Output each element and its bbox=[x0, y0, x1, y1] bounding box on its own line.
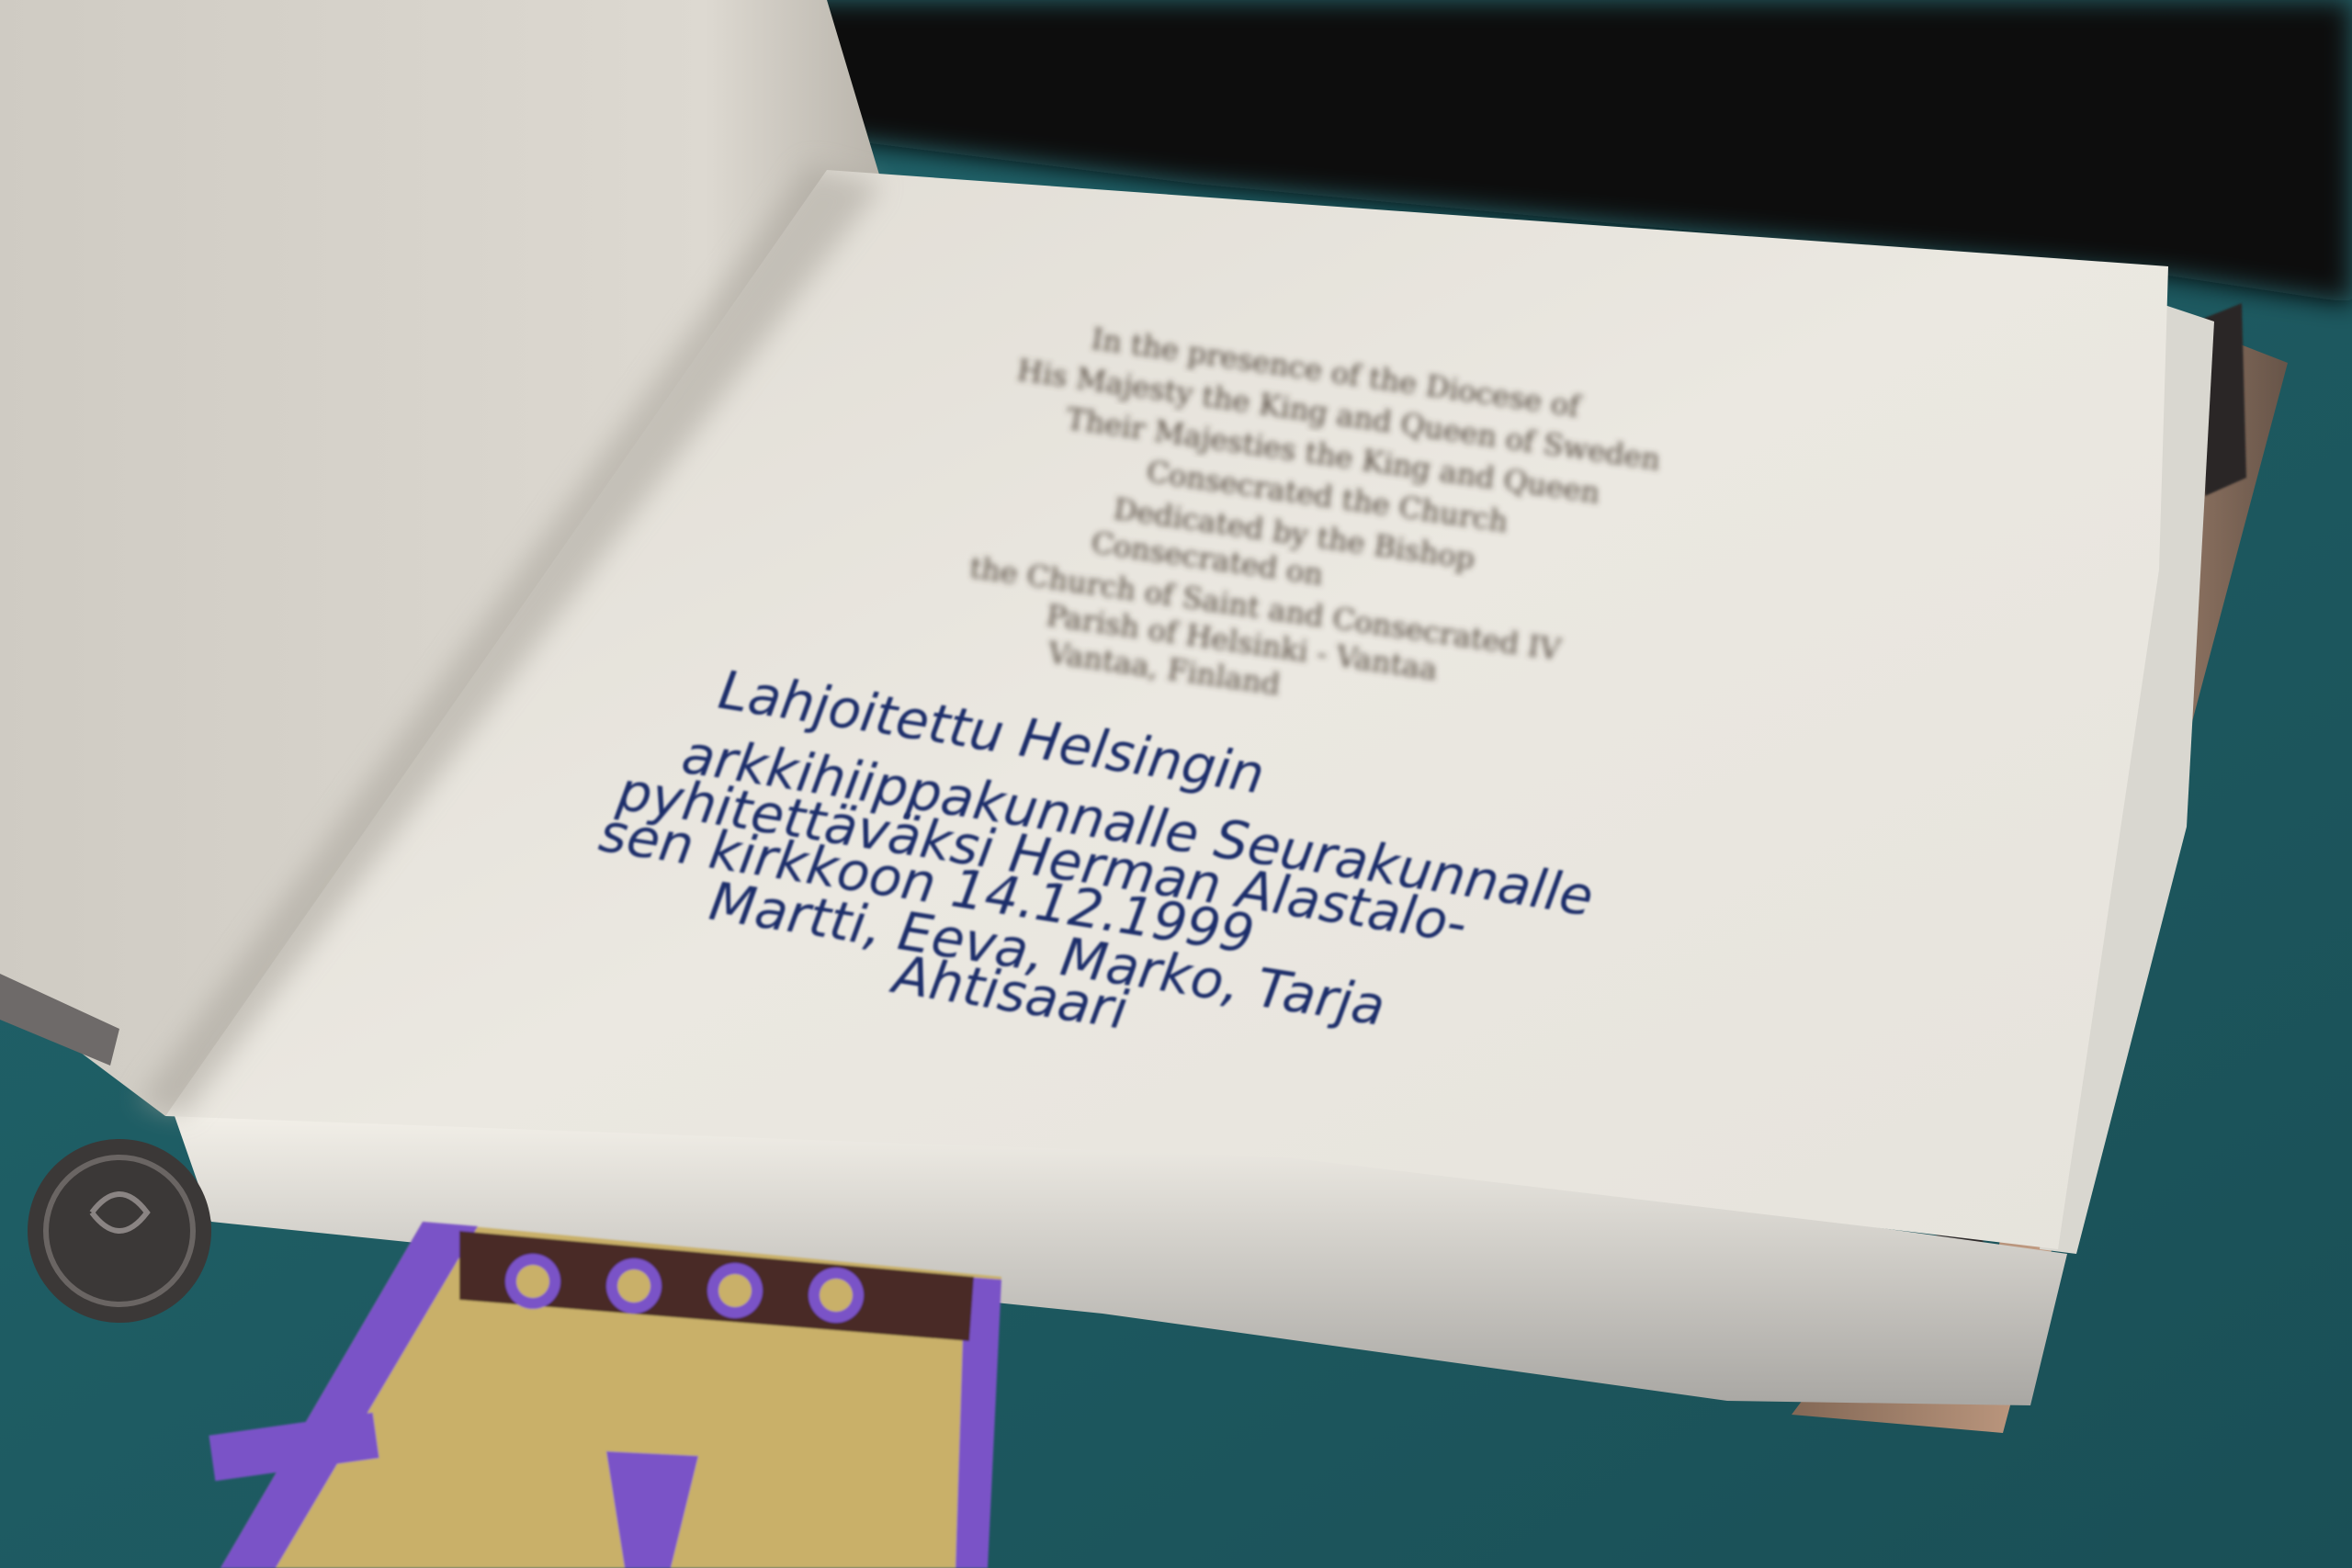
medallion bbox=[28, 1139, 211, 1323]
photo-scene: In the presence of the Diocese of His Ma… bbox=[0, 0, 2352, 1568]
